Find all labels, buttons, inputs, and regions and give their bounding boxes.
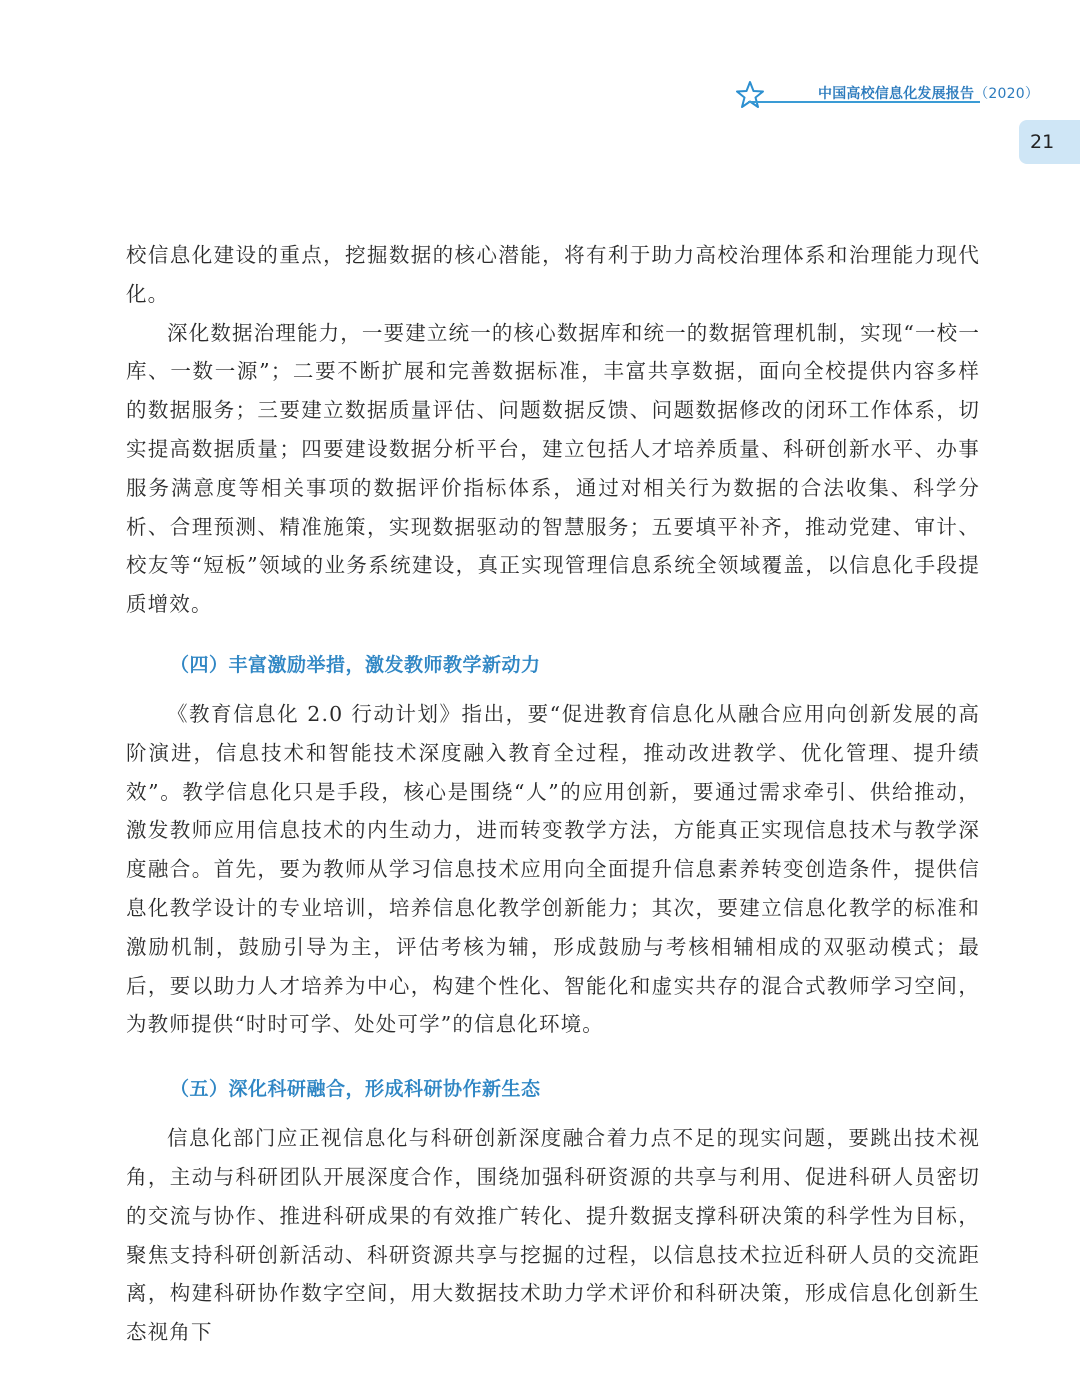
- report-year: （2020）: [974, 86, 1039, 102]
- section-heading-5: （五）深化科研融合，形成科研协作新生态: [126, 1074, 980, 1101]
- report-title: 中国高校信息化发展报告（2020）: [818, 83, 1039, 103]
- paragraph-section-5: 信息化部门应正视信息化与科研创新深度融合着力点不足的现实问题，要跳出技术视角，主…: [126, 1119, 980, 1352]
- paragraph-continued: 校信息化建设的重点，挖掘数据的核心潜能，将有利于助力高校治理体系和治理能力现代化…: [126, 236, 980, 314]
- paragraph-section-4: 《教育信息化 2.0 行动计划》指出，要“促进教育信息化从融合应用向创新发展的高…: [126, 695, 980, 1044]
- section-heading-4: （四）丰富激励举措，激发教师教学新动力: [126, 650, 980, 677]
- report-title-text: 中国高校信息化发展报告: [818, 86, 974, 102]
- star-outline-icon: [734, 80, 766, 110]
- paragraph-data-governance: 深化数据治理能力，一要建立统一的核心数据库和统一的数据管理机制，实现“一校一库、…: [126, 314, 980, 624]
- page-number: 21: [1030, 131, 1054, 153]
- page-header: 中国高校信息化发展报告（2020） 21: [0, 0, 1080, 200]
- page-body: 校信息化建设的重点，挖掘数据的核心潜能，将有利于助力高校治理体系和治理能力现代化…: [126, 236, 980, 1352]
